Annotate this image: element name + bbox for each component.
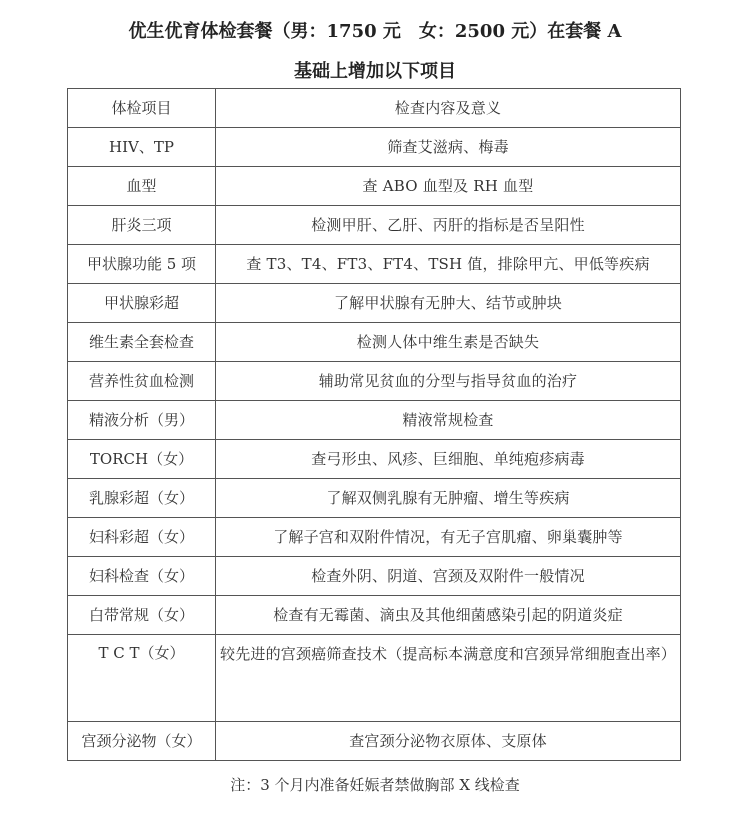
table-row: 精液分析（男） 精液常规检查 (68, 401, 681, 440)
table-row: 宫颈分泌物（女） 查宫颈分泌物衣原体、支原体 (68, 722, 681, 761)
exam-item-cell: 白带常规（女） (68, 596, 216, 635)
exam-item-cell: 乳腺彩超（女） (68, 479, 216, 518)
exam-item-cell: T C T（女） (68, 635, 216, 722)
table-row: 肝炎三项 检测甲肝、乙肝、丙肝的指标是否呈阳性 (68, 206, 681, 245)
header-content-meaning: 检查内容及意义 (216, 89, 681, 128)
exam-item-cell: 血型 (68, 167, 216, 206)
exam-item-cell: 精液分析（男） (68, 401, 216, 440)
exam-item-cell: 维生素全套检查 (68, 323, 216, 362)
table-header-row: 体检项目 检查内容及意义 (68, 89, 681, 128)
exam-content-cell: 检测甲肝、乙肝、丙肝的指标是否呈阳性 (216, 206, 681, 245)
exam-content-cell: 检查有无霉菌、滴虫及其他细菌感染引起的阴道炎症 (216, 596, 681, 635)
table-row: 白带常规（女） 检查有无霉菌、滴虫及其他细菌感染引起的阴道炎症 (68, 596, 681, 635)
table-row: 妇科彩超（女） 了解子宫和双附件情况，有无子宫肌瘤、卵巢囊肿等 (68, 518, 681, 557)
exam-content-cell: 精液常规检查 (216, 401, 681, 440)
exam-content-cell: 查弓形虫、风疹、巨细胞、单纯疱疹病毒 (216, 440, 681, 479)
exam-item-cell: 肝炎三项 (68, 206, 216, 245)
table-row: HIV、TP 筛查艾滋病、梅毒 (68, 128, 681, 167)
table-row: TORCH（女） 查弓形虫、风疹、巨细胞、单纯疱疹病毒 (68, 440, 681, 479)
table-row: 甲状腺彩超 了解甲状腺有无肿大、结节或肿块 (68, 284, 681, 323)
table-row: 妇科检查（女） 检查外阴、阴道、宫颈及双附件一般情况 (68, 557, 681, 596)
exam-content-cell: 了解子宫和双附件情况，有无子宫肌瘤、卵巢囊肿等 (216, 518, 681, 557)
exam-content-cell: 较先进的宫颈癌筛查技术（提高标本满意度和宫颈异常细胞查出率） (216, 635, 681, 722)
table-row: T C T（女） 较先进的宫颈癌筛查技术（提高标本满意度和宫颈异常细胞查出率） (68, 635, 681, 722)
document-title-line-2: 基础上增加以下项目 (0, 57, 750, 83)
document-title-line-1: 优生优育体检套餐（男：1750 元 女：2500 元）在套餐 A (0, 17, 750, 43)
exam-item-cell: TORCH（女） (68, 440, 216, 479)
table-row: 血型 查 ABO 血型及 RH 血型 (68, 167, 681, 206)
exam-content-cell: 辅助常见贫血的分型与指导贫血的治疗 (216, 362, 681, 401)
exam-item-cell: 营养性贫血检测 (68, 362, 216, 401)
table-row: 乳腺彩超（女） 了解双侧乳腺有无肿瘤、增生等疾病 (68, 479, 681, 518)
exam-content-cell: 查宫颈分泌物衣原体、支原体 (216, 722, 681, 761)
exam-item-cell: 宫颈分泌物（女） (68, 722, 216, 761)
exam-content-cell: 了解甲状腺有无肿大、结节或肿块 (216, 284, 681, 323)
exam-content-cell: 查 ABO 血型及 RH 血型 (216, 167, 681, 206)
footnote: 注：3 个月内准备妊娠者禁做胸部 X 线检查 (0, 774, 750, 795)
table-row: 甲状腺功能 5 项 查 T3、T4、FT3、FT4、TSH 值，排除甲亢、甲低等… (68, 245, 681, 284)
exam-item-cell: 妇科彩超（女） (68, 518, 216, 557)
exam-content-cell: 检查外阴、阴道、宫颈及双附件一般情况 (216, 557, 681, 596)
exam-item-cell: 甲状腺功能 5 项 (68, 245, 216, 284)
exam-item-cell: HIV、TP (68, 128, 216, 167)
exam-items-table: 体检项目 检查内容及意义 HIV、TP 筛查艾滋病、梅毒 血型 查 ABO 血型… (67, 88, 681, 761)
exam-content-cell: 了解双侧乳腺有无肿瘤、增生等疾病 (216, 479, 681, 518)
exam-content-cell: 筛查艾滋病、梅毒 (216, 128, 681, 167)
table-row: 营养性贫血检测 辅助常见贫血的分型与指导贫血的治疗 (68, 362, 681, 401)
exam-content-cell: 查 T3、T4、FT3、FT4、TSH 值，排除甲亢、甲低等疾病 (216, 245, 681, 284)
header-exam-item: 体检项目 (68, 89, 216, 128)
exam-content-cell: 检测人体中维生素是否缺失 (216, 323, 681, 362)
exam-item-cell: 妇科检查（女） (68, 557, 216, 596)
table-row: 维生素全套检查 检测人体中维生素是否缺失 (68, 323, 681, 362)
exam-item-cell: 甲状腺彩超 (68, 284, 216, 323)
